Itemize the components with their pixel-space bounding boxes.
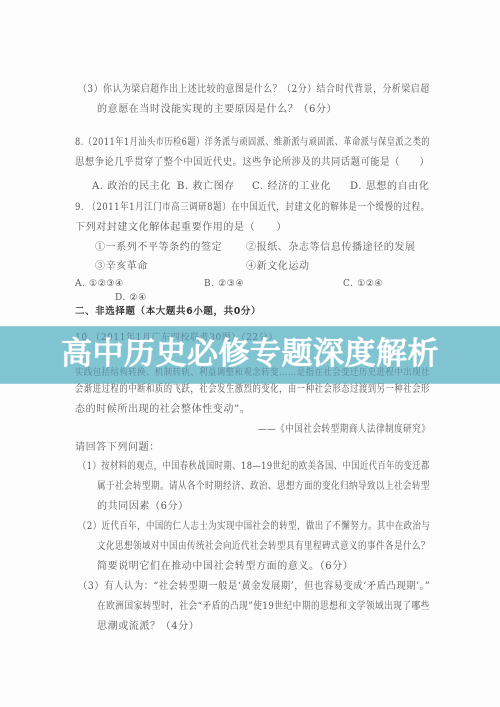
q10-sub1-line-3: 的共同因素（6分） <box>97 500 189 514</box>
q10-sub1-line-2: 属于社会转型期。请从各个时期经济、政治、思想方面的变化归纳导致以上社会转型 <box>97 480 430 494</box>
q9-item-4: ④新文化运动 <box>246 260 310 274</box>
q10-material-line-1: 会渐进过程的中断和质的飞跃，社会发生激烈的变化，由一种社会形态过渡到另一种社会形 <box>75 383 430 397</box>
q8-option-a: A. 政治的民主化 <box>92 180 171 194</box>
q8-option-d: D. 思想的自由化 <box>350 180 429 194</box>
q9-option-b: B. ②③④ <box>204 277 244 291</box>
q8-option-c: C. 经济的工业化 <box>252 180 331 194</box>
q10-prompt: 请回答下列问题： <box>75 441 160 455</box>
q10-sub1-line-1: （1）按材料的观点，中国春秋战国时期、18—19世纪的欧美各国、中国近代百年的变… <box>78 460 430 474</box>
question-9-line-1: 9. （2011年1月江门市高三调研8题）在中国近代，封建文化的解体是一个缓慢的… <box>75 201 430 215</box>
question-9-line-2: 下列对封建文化解体起重要作用的是（ ） <box>75 221 287 235</box>
q10-sub2-line-2: 文化思想领域对中国由传统社会向近代社会转型具有里程碑式意义的事件各是什么？ <box>97 540 430 554</box>
title-banner: 10.（2011年1月广东四校联考30题）（22分） 实践包括结构转换、机制转轨… <box>0 326 500 384</box>
question-8-line-2: 思想争论几乎贯穿了整个中国近代史。这些争论所涉及的共同话题可能是（ ） <box>75 156 430 170</box>
question-8-line-1: 8.（2011年1月汕头市历检6题）洋务派与顽固派、维新派与顽固派、革命派与保皇… <box>75 136 430 150</box>
banner-title: 高中历史必修专题深度解析 <box>0 335 500 373</box>
document-page: （3）你认为梁启超作出上述比较的意图是什么？（2分）结合时代背景，分析梁启超 的… <box>0 0 500 707</box>
q10-sub2-line-1: （2）近代百年，中国的仁人志士为实现中国社会的转型，做出了不懈努力。其中在政治与 <box>78 520 430 534</box>
q9-option-c: C. ①②④ <box>343 277 383 291</box>
q10-material-line-2: 态的时候所出现的社会整体性变动”。 <box>75 403 250 417</box>
question-3-line-2: 的意愿在当时没能实现的主要原因是什么？（6分） <box>97 103 337 117</box>
q9-option-d: D. ②④ <box>115 291 147 305</box>
q9-item-2: ②报纸、杂志等信息传播途径的发展 <box>246 241 416 255</box>
q10-source: ——《中国社会转型期商人法律制度研究》 <box>258 423 430 437</box>
q10-sub2-line-3: 简要说明它们在推动中国社会转型方面的意义。（6分） <box>97 560 353 574</box>
q10-sub3-line-2: 在欧洲国家转型时，社会“矛盾的凸现”使19世纪中期的思想和文学领域出现了哪些 <box>97 600 430 614</box>
q10-sub3-line-1: （3）有人认为：“社会转型期一般是‘黄金发展期’，但也容易变成‘矛盾凸现期’。” <box>78 580 430 594</box>
q8-option-b: B. 救亡图存 <box>177 180 235 194</box>
q9-option-a: A. ①②③④ <box>75 277 124 291</box>
q9-item-3: ③辛亥革命 <box>95 260 148 274</box>
question-3-line-1: （3）你认为梁启超作出上述比较的意图是什么？（2分）结合时代背景，分析梁启超 <box>78 83 430 97</box>
q9-item-1: ①一系列不平等条约的签定 <box>95 241 222 255</box>
section-2-heading: 二、非选择题（本大题共6小题，共0分） <box>75 305 261 319</box>
q10-sub3-line-3: 思潮或流派？（4分） <box>97 620 199 634</box>
